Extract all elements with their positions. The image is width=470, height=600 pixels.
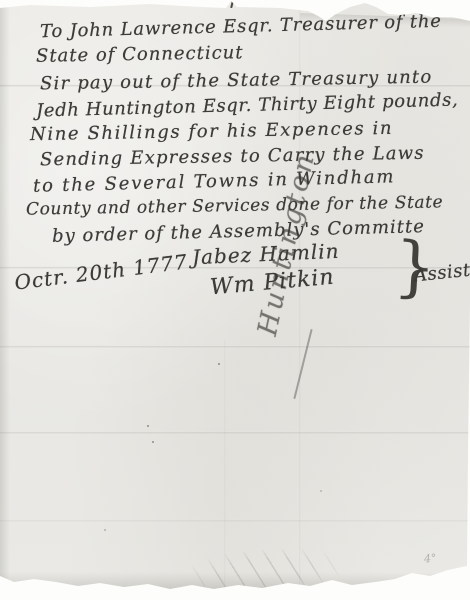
body-line-5: to the Several Towns in Windham bbox=[33, 166, 396, 196]
paper-speck bbox=[152, 441, 154, 443]
body-line-3: Nine Shillings for his Expences in bbox=[30, 118, 393, 145]
address-line-1: To John Lawrence Esqr. Treasurer of the bbox=[40, 11, 442, 43]
date-line: Octr. 20th 1777 bbox=[13, 249, 189, 294]
edge-shadow bbox=[0, 0, 10, 600]
show-through-marks bbox=[187, 545, 341, 596]
fold-crease bbox=[0, 431, 470, 434]
fold-crease bbox=[0, 345, 470, 348]
paper-speck bbox=[104, 529, 106, 531]
body-line-6: County and other Services done for the S… bbox=[26, 192, 444, 219]
body-line-2: Jedh Huntington Esqr. Thirty Eight pound… bbox=[36, 89, 459, 121]
fold-crease-vertical bbox=[299, 0, 301, 600]
body-line-1: Sir pay out of the State Treasury unto bbox=[40, 67, 433, 95]
paper-speck bbox=[147, 425, 149, 427]
ink-tick-mark bbox=[230, 1, 234, 8]
paper-speck bbox=[320, 490, 322, 492]
fold-crease bbox=[0, 519, 470, 522]
address-line-2: State of Connecticut bbox=[36, 42, 244, 67]
pen-flourish bbox=[293, 329, 312, 399]
paper-sheet: To John Lawrence Esqr. Treasurer of the … bbox=[0, 0, 470, 600]
paper-speck bbox=[218, 363, 220, 365]
page-number-mark: 4° bbox=[423, 551, 437, 565]
scanned-document: To John Lawrence Esqr. Treasurer of the … bbox=[0, 0, 470, 600]
